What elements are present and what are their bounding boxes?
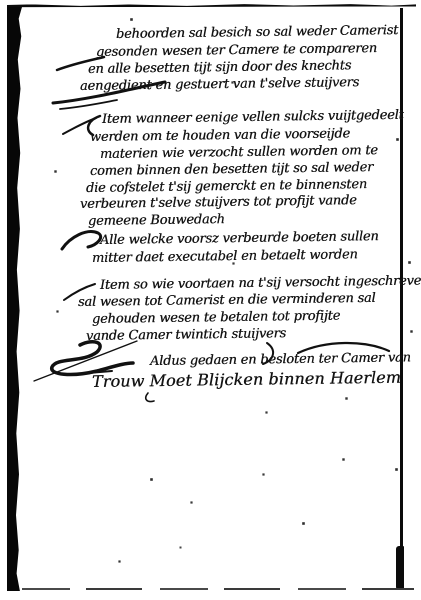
manuscript-line: verbeuren t'selve stuijvers tot profijt … xyxy=(80,193,357,212)
manuscript-line: gehouden wesen te betalen tot profijte xyxy=(92,309,340,327)
manuscript-line: aengedient en gestuert van t'selve stuij… xyxy=(80,75,359,94)
manuscript-line: en alle besetten tijt sijn door des knec… xyxy=(88,58,351,77)
scanned-manuscript-page: behoorden sal besich so sal weder Cameri… xyxy=(0,0,421,600)
manuscript-line: vande Camer twintich stuijvers xyxy=(86,326,286,344)
manuscript-chamber-name: Trouw Moet Blijcken binnen Haerlem xyxy=(92,368,401,391)
manuscript-line: gemeene Bouwedach xyxy=(88,212,225,229)
manuscript-closing-line: Aldus gedaen en besloten ter Camer van xyxy=(150,350,411,369)
manuscript-line: Alle welcke voorsz verbeurde boeten sull… xyxy=(100,229,379,248)
manuscript-line: gesonden wesen ter Camere te compareren xyxy=(96,41,377,60)
manuscript-line: behoorden sal besich so sal weder Cameri… xyxy=(116,23,398,42)
manuscript-line: Item wanneer eenige vellen sulcks vuijtg… xyxy=(102,108,404,127)
manuscript-line: werden om te houden van die voorseijde xyxy=(90,126,350,145)
manuscript-line: mitter daet executabel en betaelt worden xyxy=(92,247,358,266)
manuscript-line: materien wie verzocht sullen worden om t… xyxy=(100,143,378,162)
manuscript-line: sal wesen tot Camerist en die vermindere… xyxy=(78,291,376,310)
manuscript-text: behoorden sal besich so sal weder Cameri… xyxy=(0,0,421,600)
manuscript-line: comen binnen den besetten tijt so sal we… xyxy=(90,160,373,179)
